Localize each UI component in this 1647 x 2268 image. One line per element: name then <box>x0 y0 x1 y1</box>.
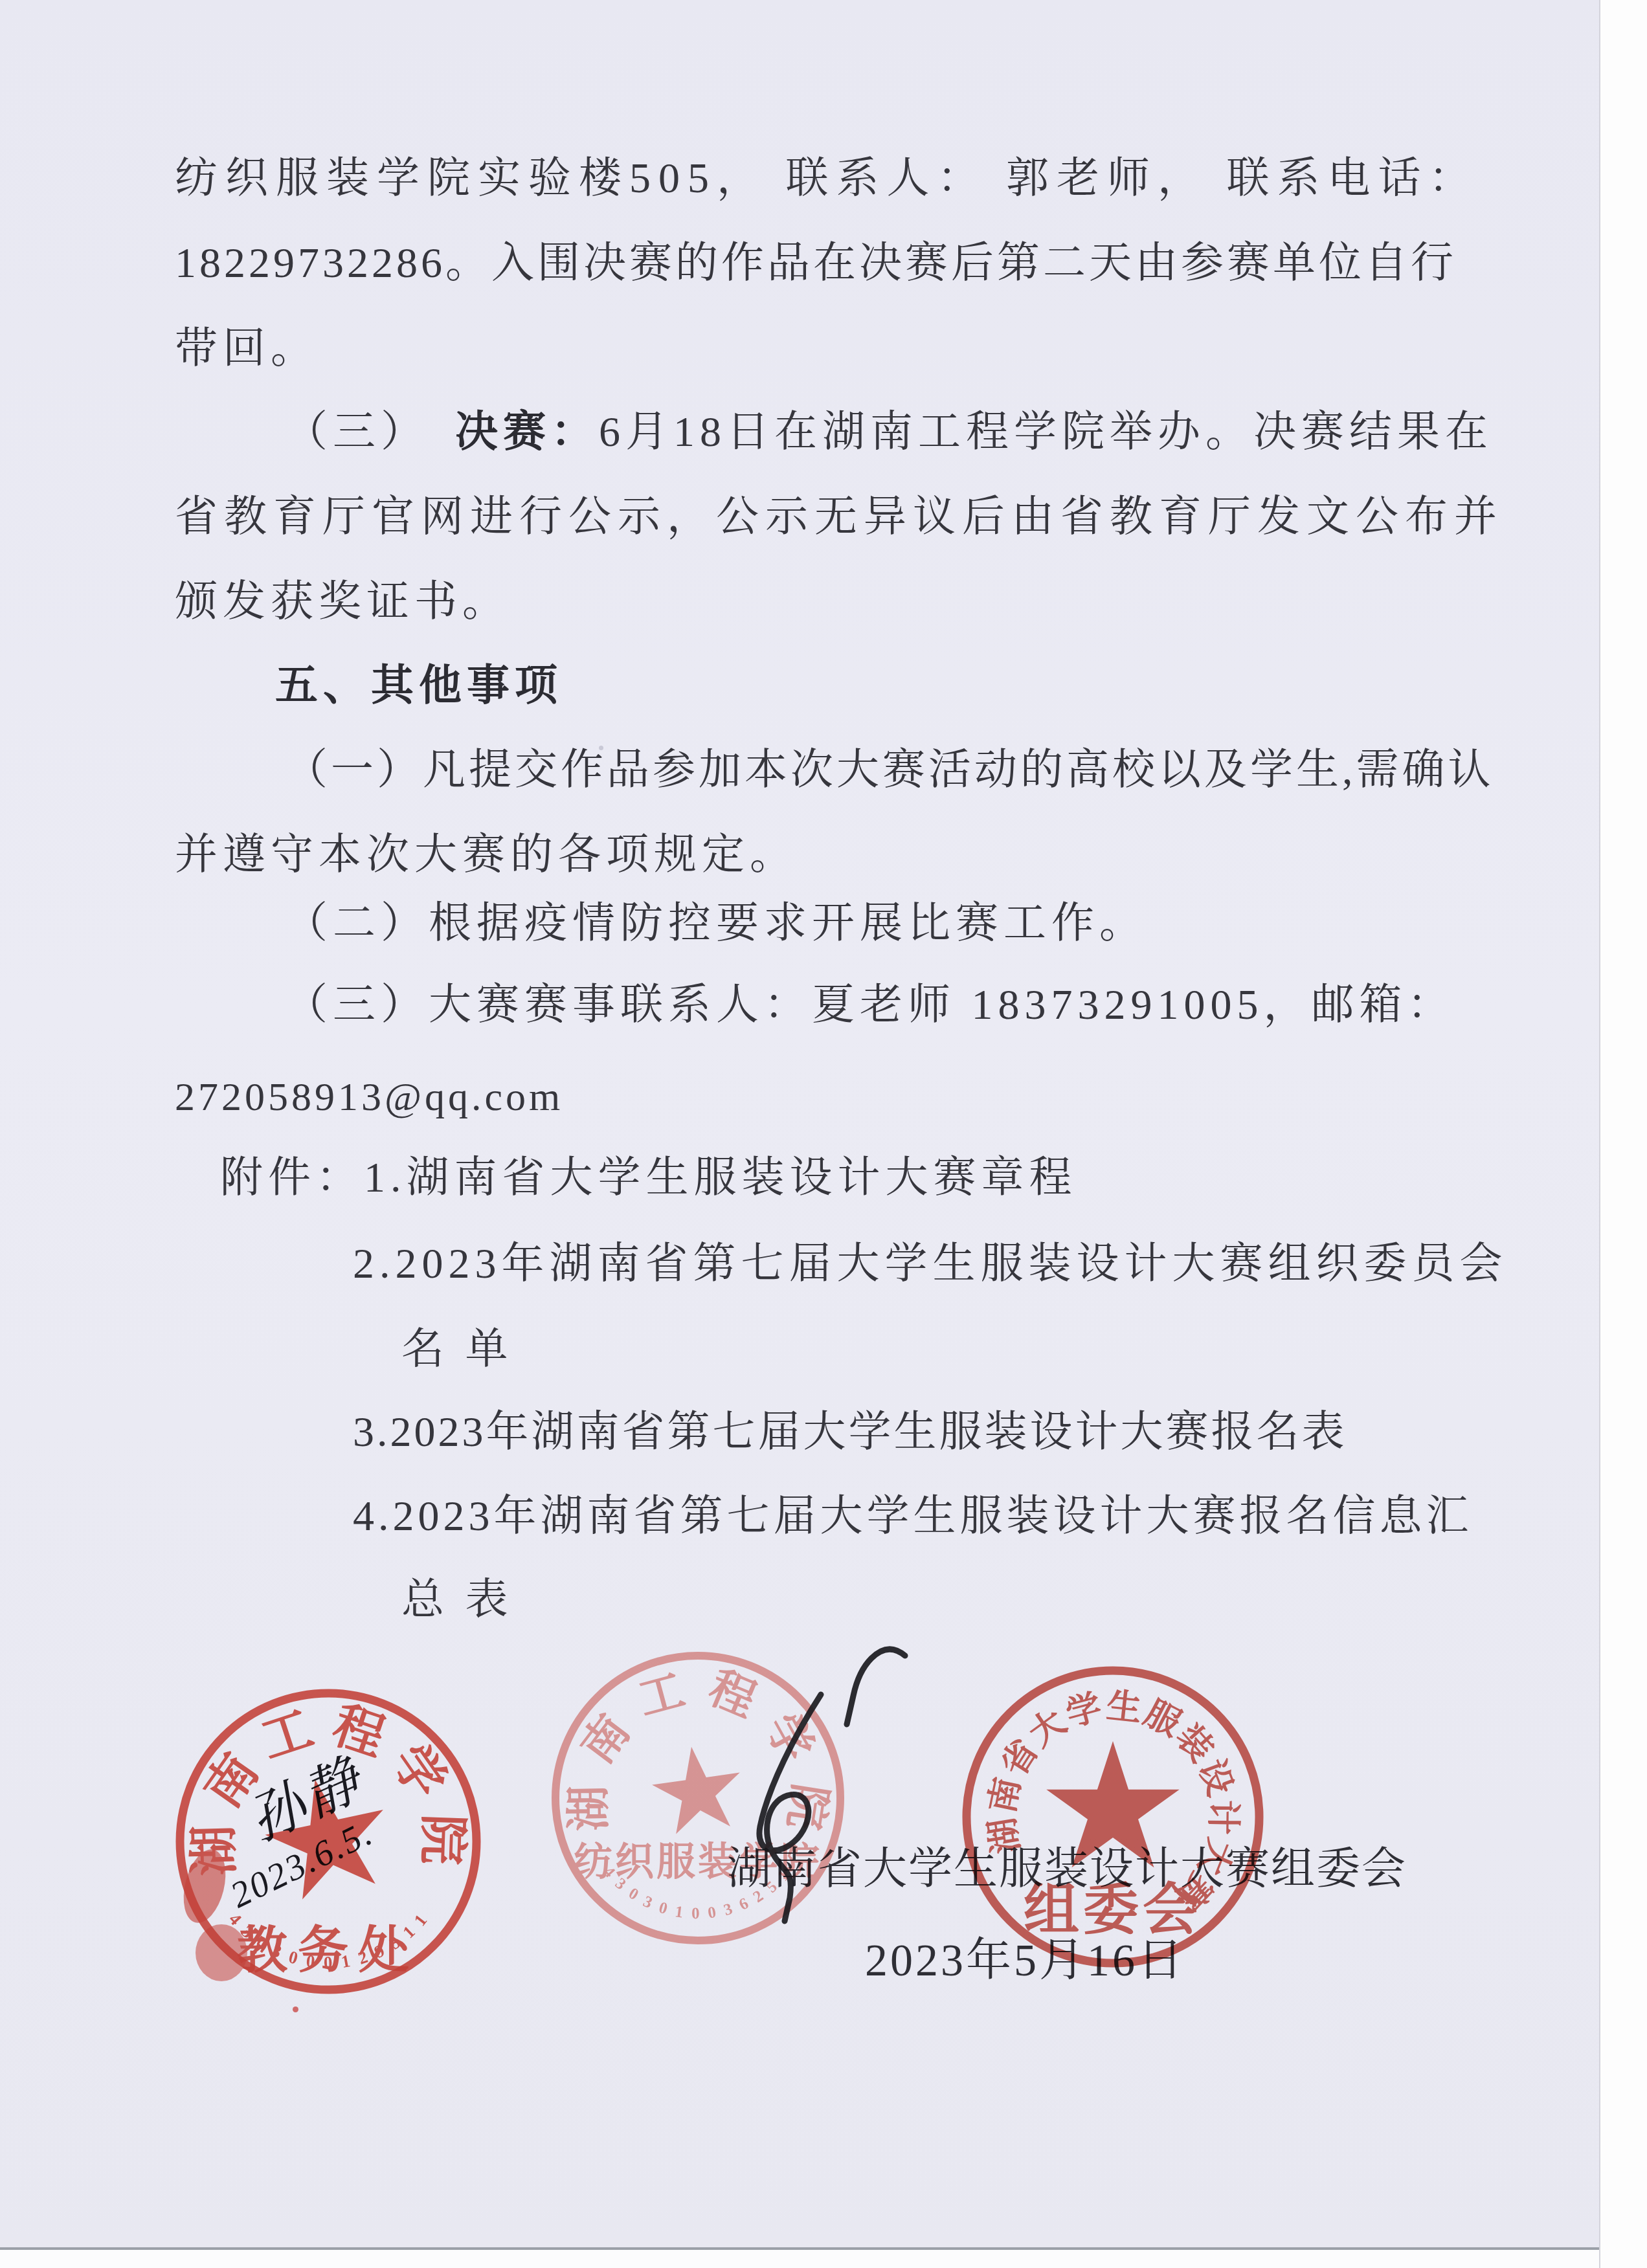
attachment-line: 总 表 <box>401 1579 513 1621</box>
dust-speck <box>293 2007 298 2012</box>
attachment-line: 名 单 <box>401 1328 513 1371</box>
body-line-bold-segment: 决赛： <box>455 408 599 456</box>
seal-bottom-text: 组委会 <box>1024 1879 1202 1941</box>
body-line-segment: 6月18日在湖南工程学院举办。决赛结果在 <box>599 408 1493 456</box>
attachment-line: 附件：1.湖南省大学生服装设计大赛章程 <box>220 1157 1077 1199</box>
seal-ink-smudge <box>196 1924 247 1981</box>
body-line: 纺织服装学院实验楼505， 联系人： 郭老师， 联系电话： <box>175 157 1479 200</box>
signature-stroke <box>847 1649 905 1724</box>
body-line-segment: （三） <box>285 408 455 456</box>
attachment-line: 2.2023年湖南省第七届大学生服装设计大赛组织委员会 <box>353 1243 1508 1285</box>
scanner-background-right <box>1599 0 1647 2268</box>
body-line: （三）大赛赛事联系人：夏老师 18373291005，邮箱： <box>285 984 1455 1027</box>
star-icon <box>1046 1741 1179 1867</box>
section-heading: 五、其他事项 <box>275 665 563 707</box>
body-line: 颁发获奖证书。 <box>175 581 510 623</box>
body-line: 带回。 <box>175 328 319 370</box>
scanner-background-bottom <box>0 2247 1599 2268</box>
attachment-line: 4.2023年湖南省第七届大学生服装设计大赛报名信息汇 <box>353 1495 1473 1538</box>
handwritten-signature <box>673 1638 945 1935</box>
official-seal-zuweihui: 湖南省大学生服装设计大赛 组委会 <box>958 1662 1268 1972</box>
signature-stroke <box>759 1695 821 1921</box>
body-line: 18229732286。入围决赛的作品在决赛后第二天由参赛单位自行 <box>175 242 1457 285</box>
body-line: 并遵守本次大赛的各项规定。 <box>175 834 798 876</box>
attachment-line: 3.2023年湖南省第七届大学生服装设计大赛报名表 <box>353 1411 1347 1454</box>
scanned-page: 纺织服装学院实验楼505， 联系人： 郭老师， 联系电话： 1822973228… <box>0 0 1599 2247</box>
body-line: （二）根据疫情防控要求开展比赛工作。 <box>285 902 1147 945</box>
email-text: 272058913@qq.com <box>175 1077 563 1117</box>
body-line: （一）凡提交作品参加本次大赛活动的高校以及学生,需确认 <box>285 749 1494 792</box>
body-line: 省教育厅官网进行公示，公示无异议后由省教育厅发文公布并 <box>175 496 1503 539</box>
dust-speck <box>599 746 603 750</box>
body-line: （三） 决赛：6月18日在湖南工程学院举办。决赛结果在 <box>285 411 1493 454</box>
